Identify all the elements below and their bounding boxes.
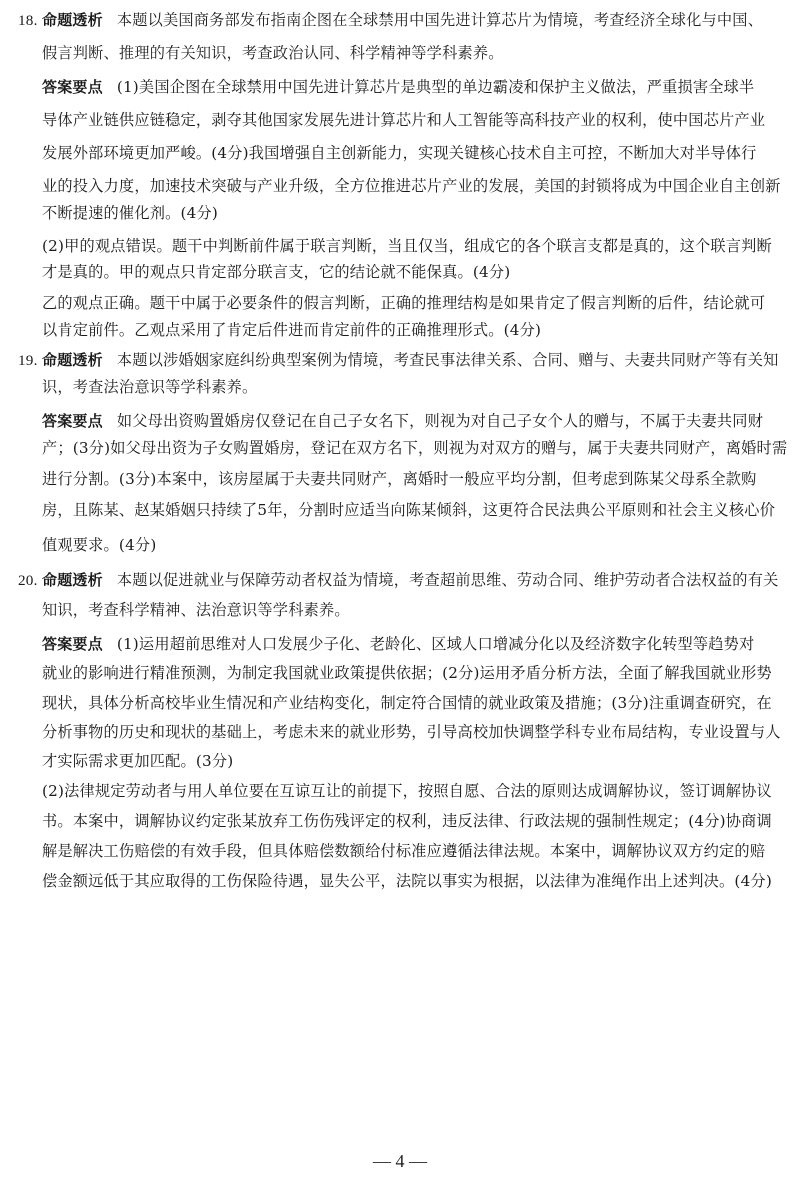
question-number: 20. bbox=[18, 571, 42, 591]
q19-answer-line-5: 值观要求。(4分) bbox=[42, 535, 782, 555]
q18-analysis-line-2: 假言判断、推理的有关知识，考查政治认同、科学精神等学科素养。 bbox=[42, 43, 782, 63]
analysis-text: 本题以涉婚姻家庭纠纷典型案例为情境，考查民事法律关系、合同、赠与、夫妻共同财产等… bbox=[117, 351, 779, 369]
q19-analysis-line-2: 识，考查法治意识等学科素养。 bbox=[42, 377, 782, 397]
q20-answer-line-5: 才实际需求更加匹配。(3分) bbox=[42, 751, 782, 771]
q19-answer-line-1: 答案要点如父母出资购置婚房仅登记在自己子女名下，则视为对自己子女个人的赠与，不属… bbox=[42, 411, 782, 431]
answer-text: (1)运用超前思维对人口发展少子化、老龄化、区域人口增减分化以及经济数字化转型等… bbox=[117, 635, 755, 653]
q19-answer-line-4: 房，且陈某、赵某婚姻只持续了5年，分割时应适当向陈某倾斜，这更符合民法典公平原则… bbox=[42, 500, 782, 520]
q18-answer-line-6: (2)甲的观点错误。题干中判断前件属于联言判断，当且仅当，组成它的各个联言支都是… bbox=[42, 236, 782, 256]
analysis-label: 命题透析 bbox=[42, 571, 103, 589]
q20-answer-line-7: 书。本案中，调解协议约定张某放弃工伤伤残评定的权利，违反法律、行政法规的强制性规… bbox=[42, 811, 782, 831]
q20-analysis-line-2: 知识，考查科学精神、法治意识等学科素养。 bbox=[42, 600, 782, 620]
analysis-label: 命题透析 bbox=[42, 351, 103, 369]
analysis-label: 命题透析 bbox=[42, 11, 103, 29]
q20-analysis-line-1: 20.命题透析本题以促进就业与保障劳动者权益为情境，考查超前思维、劳动合同、维护… bbox=[18, 570, 758, 591]
q20-answer-line-6: (2)法律规定劳动者与用人单位要在互谅互让的前提下，按照自愿、合法的原则达成调解… bbox=[42, 781, 782, 801]
analysis-text: 本题以美国商务部发布指南企图在全球禁用中国先进计算芯片为情境，考查经济全球化与中… bbox=[117, 11, 763, 29]
q18-answer-line-1: 答案要点(1)美国企图在全球禁用中国先进计算芯片是典型的单边霸凌和保护主义做法，… bbox=[42, 77, 782, 97]
q18-answer-line-8: 乙的观点正确。题干中属于必要条件的假言判断，正确的推理结构是如果肯定了假言判断的… bbox=[42, 293, 782, 313]
answer-label: 答案要点 bbox=[42, 78, 103, 96]
analysis-text: 本题以促进就业与保障劳动者权益为情境，考查超前思维、劳动合同、维护劳动者合法权益… bbox=[117, 571, 779, 589]
q20-answer-line-1: 答案要点(1)运用超前思维对人口发展少子化、老龄化、区域人口增减分化以及经济数字… bbox=[42, 634, 782, 654]
q20-answer-line-4: 分析事物的历史和现状的基础上，考虑未来的就业形势，引导高校加快调整学科专业布局结… bbox=[42, 722, 782, 742]
q18-analysis-line-1: 18.命题透析本题以美国商务部发布指南企图在全球禁用中国先进计算芯片为情境，考查… bbox=[18, 10, 758, 31]
q19-analysis-line-1: 19.命题透析本题以涉婚姻家庭纠纷典型案例为情境，考查民事法律关系、合同、赠与、… bbox=[18, 350, 758, 371]
q20-answer-line-8: 解是解决工伤赔偿的有效手段，但具体赔偿数额给付标准应遵循法律法规。本案中，调解协… bbox=[42, 841, 782, 861]
answer-text: (1)美国企图在全球禁用中国先进计算芯片是典型的单边霸凌和保护主义做法，严重损害… bbox=[117, 78, 755, 96]
question-number: 19. bbox=[18, 351, 42, 371]
answer-label: 答案要点 bbox=[42, 412, 103, 430]
q19-answer-line-3: 进行分割。(3分)本案中，该房屋属于夫妻共同财产，离婚时一般应平均分割，但考虑到… bbox=[42, 469, 782, 489]
q20-answer-line-9: 偿金额远低于其应取得的工伤保险待遇，显失公平，法院以事实为根据，以法律为准绳作出… bbox=[42, 871, 782, 891]
page-number: — 4 — bbox=[0, 1151, 800, 1172]
q18-answer-line-2: 导体产业链供应链稳定，剥夺其他国家发展先进计算芯片和人工智能等高科技产业的权利，… bbox=[42, 110, 782, 130]
question-number: 18. bbox=[18, 11, 42, 31]
answer-text: 如父母出资购置婚房仅登记在自己子女名下，则视为对自己子女个人的赠与，不属于夫妻共… bbox=[117, 412, 763, 430]
q20-answer-line-3: 现状，具体分析高校毕业生情况和产业结构变化，制定符合国情的就业政策及措施；(3分… bbox=[42, 693, 782, 713]
q18-answer-line-4: 业的投入力度，加速技术突破与产业升级，全方位推进芯片产业的发展，美国的封锁将成为… bbox=[42, 176, 782, 196]
answer-label: 答案要点 bbox=[42, 635, 103, 653]
q18-answer-line-7: 才是真的。甲的观点只肯定部分联言支，它的结论就不能保真。(4分) bbox=[42, 262, 782, 282]
q18-answer-line-5: 不断提速的催化剂。(4分) bbox=[42, 203, 782, 223]
q19-answer-line-2: 产；(3分)如父母出资为子女购置婚房，登记在双方名下，则视为对双方的赠与，属于夫… bbox=[42, 438, 782, 458]
q20-answer-line-2: 就业的影响进行精准预测，为制定我国就业政策提供依据；(2分)运用矛盾分析方法，全… bbox=[42, 663, 782, 683]
q18-answer-line-3: 发展外部环境更加严峻。(4分)我国增强自主创新能力，实现关键核心技术自主可控，不… bbox=[42, 143, 782, 163]
q18-answer-line-9: 以肯定前件。乙观点采用了肯定后件进而肯定前件的正确推理形式。(4分) bbox=[42, 320, 782, 340]
